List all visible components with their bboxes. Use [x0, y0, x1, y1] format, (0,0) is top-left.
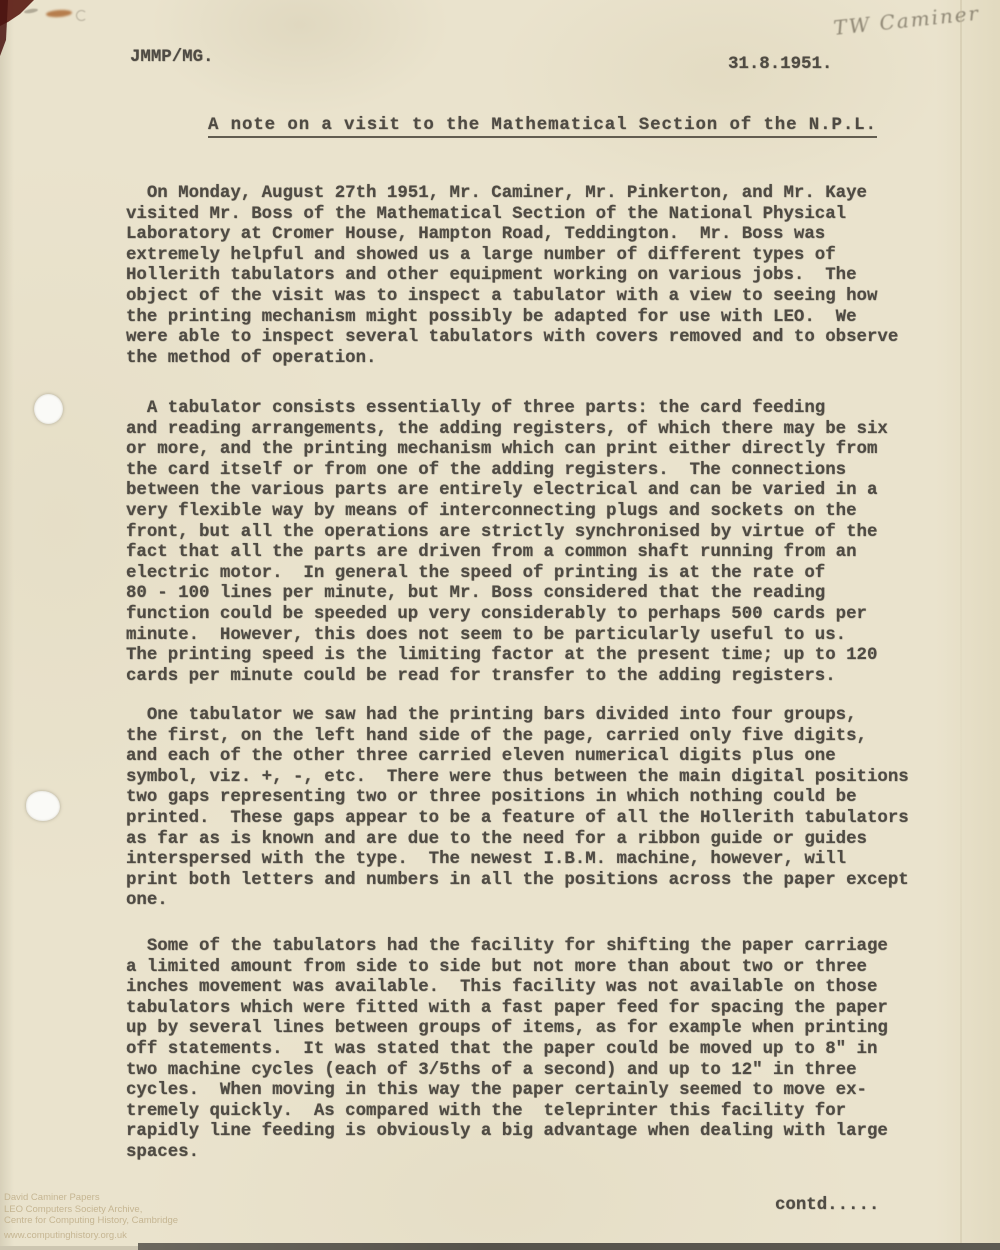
- paragraph-visit-summary: On Monday, August 27th 1951, Mr. Caminer…: [126, 184, 966, 369]
- watermark-line-2: LEO Computers Society Archive,: [4, 1204, 178, 1216]
- document-date: 31.8.1951.: [728, 55, 832, 74]
- scan-edge-left: [0, 1246, 138, 1250]
- paragraph-printing-bars: One tabulator we saw had the printing ba…: [126, 706, 966, 912]
- watermark-line-3: Centre for Computing History, Cambridge: [4, 1215, 178, 1227]
- continuation-note: contd.....: [775, 1196, 879, 1215]
- pencil-mark: [76, 10, 87, 21]
- orange-smudge-stain: [46, 9, 72, 18]
- paragraph-tabulator-description: A tabulator consists essentially of thre…: [126, 399, 966, 687]
- document-title-text: A note on a visit to the Mathematical Se…: [208, 116, 877, 138]
- punch-hole-bottom: [26, 791, 60, 821]
- page-title: A note on a visit to the Mathematical Se…: [208, 116, 877, 135]
- scanned-document-page: JMMP/MG. 31.8.1951. TW Caminer A note on…: [0, 0, 1000, 1250]
- archive-watermark: David Caminer Papers LEO Computers Socie…: [4, 1192, 178, 1241]
- watermark-line-1: David Caminer Papers: [4, 1192, 178, 1204]
- handwritten-annotation: TW Caminer: [832, 0, 1000, 40]
- punch-hole-top: [34, 394, 63, 424]
- paragraph-paper-carriage: Some of the tabulators had the facility …: [126, 937, 966, 1164]
- paper-crease: [960, 0, 962, 1250]
- reference-code: JMMP/MG.: [130, 48, 214, 67]
- watermark-url: www.computinghistory.org.uk: [4, 1230, 178, 1242]
- scan-edge-bottom: [138, 1243, 1000, 1250]
